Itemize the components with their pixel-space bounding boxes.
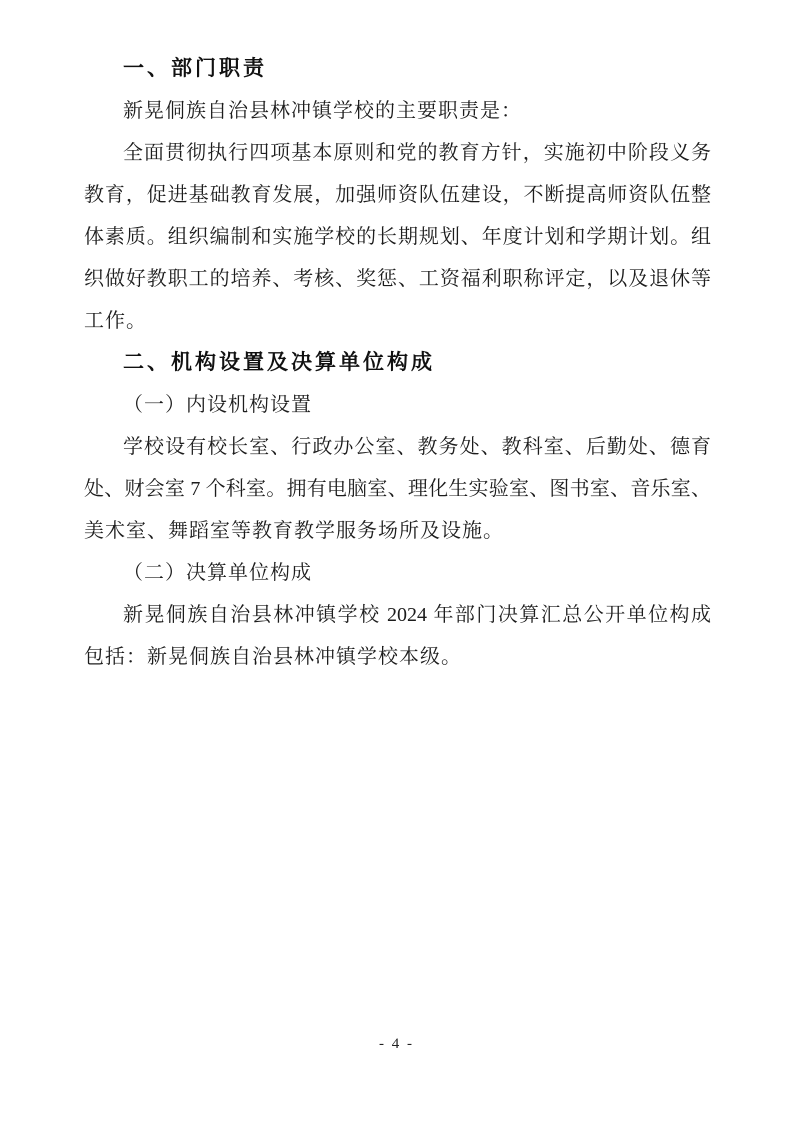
paragraph-line: 工作。 xyxy=(84,300,711,342)
paragraph-line: 教育，促进基础教育发展，加强师资队伍建设，不断提高师资队伍整 xyxy=(84,174,711,216)
paragraph-line: 织做好教职工的培养、考核、奖惩、工资福利职称评定，以及退休等 xyxy=(84,258,711,300)
section-2-heading: 二、机构设置及决算单位构成 xyxy=(84,342,711,384)
page-number: - 4 - xyxy=(0,1036,793,1053)
paragraph-line: 包括：新晃侗族自治县林冲镇学校本级。 xyxy=(84,636,711,678)
paragraph-line: 美术室、舞蹈室等教育教学服务场所及设施。 xyxy=(84,510,711,552)
paragraph-line: 学校设有校长室、行政办公室、教务处、教科室、后勤处、德育 xyxy=(84,426,711,468)
section-1-heading: 一、部门职责 xyxy=(84,48,711,90)
paragraph-line: 体素质。组织编制和实施学校的长期规划、年度计划和学期计划。组 xyxy=(84,216,711,258)
subsection-heading: （二）决算单位构成 xyxy=(84,552,711,594)
paragraph-line: 新晃侗族自治县林冲镇学校的主要职责是： xyxy=(84,90,711,132)
paragraph-line: 全面贯彻执行四项基本原则和党的教育方针，实施初中阶段义务 xyxy=(84,132,711,174)
document-body: 一、部门职责 新晃侗族自治县林冲镇学校的主要职责是： 全面贯彻执行四项基本原则和… xyxy=(84,48,711,678)
paragraph-line: 新晃侗族自治县林冲镇学校 2024 年部门决算汇总公开单位构成 xyxy=(84,594,711,636)
paragraph-line: 处、财会室 7 个科室。拥有电脑室、理化生实验室、图书室、音乐室、 xyxy=(84,468,711,510)
subsection-heading: （一）内设机构设置 xyxy=(84,384,711,426)
document-page: 一、部门职责 新晃侗族自治县林冲镇学校的主要职责是： 全面贯彻执行四项基本原则和… xyxy=(0,0,793,1122)
